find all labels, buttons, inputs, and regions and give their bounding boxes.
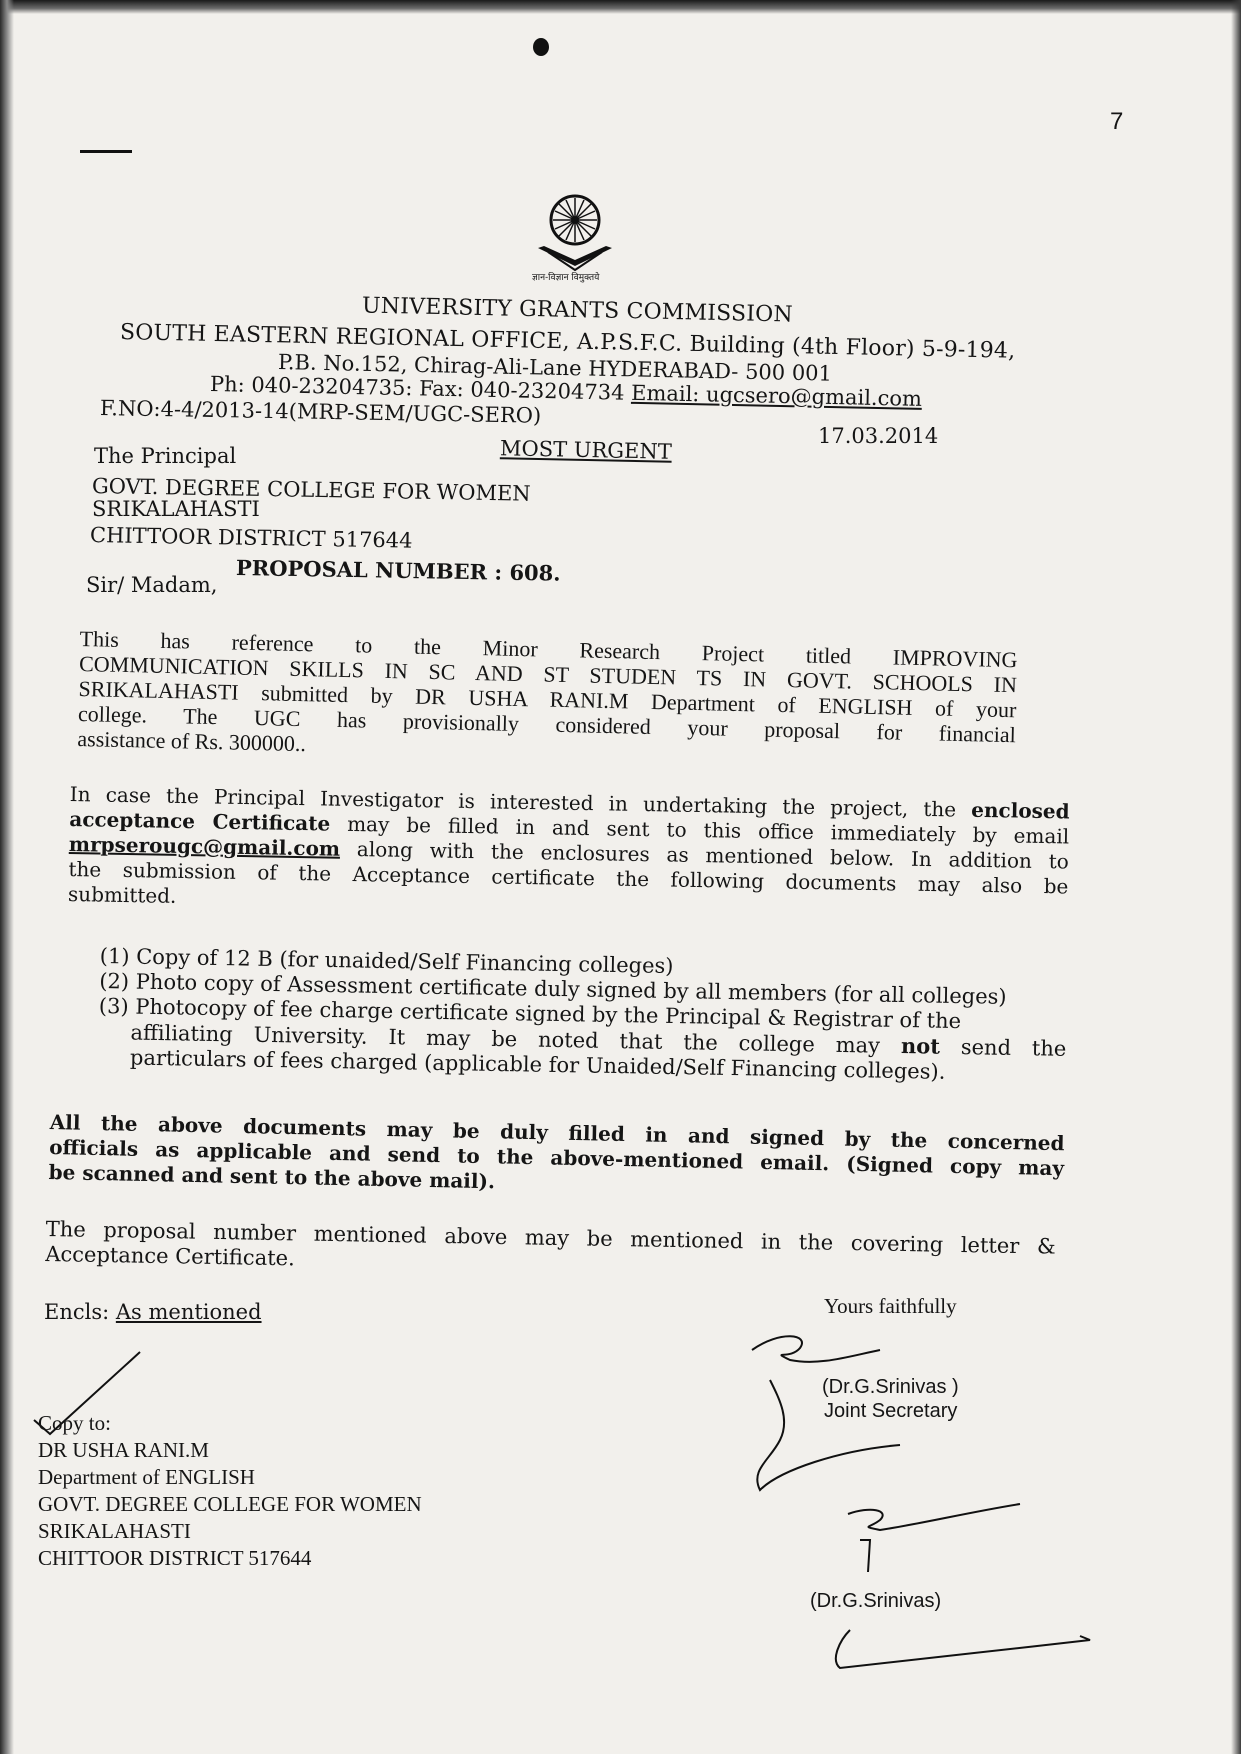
copy-to-line: DR USHA RANI.M [38,1437,422,1464]
signatory-name: (Dr.G.Srinivas ) [822,1376,959,1399]
salutation: Sir/ Madam, [86,573,217,597]
signature-2 [840,1500,1040,1580]
addressee-line-3: SRIKALAHASTI [92,497,260,521]
letter-date: 17.03.2014 [818,424,938,448]
copy-to-label: Copy to: [38,1410,422,1437]
para2-bold: acceptance Certificate [69,807,330,836]
closing: Yours faithfully [824,1294,957,1319]
signature-3 [820,1600,1100,1680]
proposal-number: PROPOSAL NUMBER : 608. [236,555,561,586]
copy-to-block: Copy to: DR USHA RANI.M Department of EN… [38,1410,422,1572]
mrp-email-link[interactable]: mrpserougc@gmail.com [69,832,341,861]
page-number: 7 [1110,108,1123,136]
copy-to-line: GOVT. DEGREE COLLEGE FOR WOMEN [38,1491,422,1518]
signatory-title: Joint Secretary [824,1400,957,1423]
proposal-note-paragraph: The proposal number mentioned above may … [45,1217,1056,1285]
priority-label: MOST URGENT [500,436,672,464]
logo-motto: ज्ञान-विज्ञान विमुक्तये [532,270,599,283]
para2-bold: enclosed [971,798,1070,824]
required-documents-list: (1) Copy of 12 B (for unaided/Self Finan… [98,944,1068,1087]
instruction-paragraph: All the above documents may be duly fill… [48,1110,1064,1206]
punch-hole-mark [533,38,549,56]
reference-paragraph: This has reference to the Minor Research… [77,626,1018,772]
letter-page: 7 ज्ञान-विज्ञान विमुक्तये UNIVERSITY GRA… [0,0,1241,1754]
encls-label: Encls: [44,1300,116,1324]
copy-to-line: Department of ENGLISH [38,1464,422,1491]
margin-dash [80,150,132,153]
office-email-link[interactable]: Email: ugcsero@gmail.com [631,381,922,411]
org-name: UNIVERSITY GRANTS COMMISSION [362,293,793,327]
enclosures: Encls: As mentioned [44,1300,262,1324]
copy-to-line: CHITTOOR DISTRICT 517644 [38,1545,422,1572]
addressee-line-4: CHITTOOR DISTRICT 517644 [90,523,413,553]
copy-to-line: SRIKALAHASTI [38,1518,422,1545]
addressee-line-1: The Principal [94,444,236,468]
encls-value: As mentioned [116,1300,262,1324]
acceptance-paragraph: In case the Principal Investigator is in… [68,782,1070,924]
ugc-emblem-icon [530,190,620,280]
